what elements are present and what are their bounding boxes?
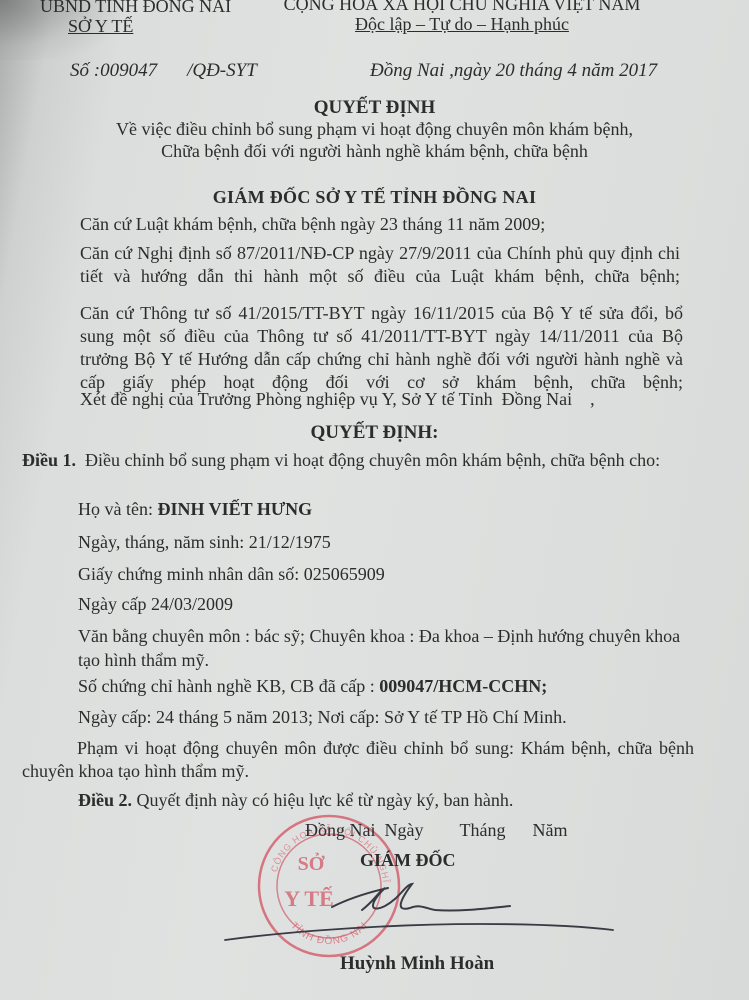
svg-text:SỞ: SỞ — [298, 852, 325, 875]
field-full-name: Họ và tên: ĐINH VIẾT HƯNG — [78, 499, 312, 520]
department-name: SỞ Y TẾ — [68, 16, 231, 36]
name-label: Họ và tên: — [78, 499, 157, 519]
subject-line-2: Chữa bệnh đối với người hành nghề khám b… — [0, 141, 749, 162]
document-title: QUYẾT ĐỊNH — [0, 97, 749, 119]
article-2-text: Quyết định này có hiệu lực kể từ ngày ký… — [132, 790, 513, 810]
document-date: Đồng Nai ,ngày 20 tháng 4 năm 2017 — [370, 60, 657, 82]
doc-number-prefix: Số :009047 — [70, 60, 157, 81]
nation-name: CỘNG HOÀ XÃ HỘI CHỦ NGHĨA VIỆT NAM — [284, 0, 641, 14]
doc-number-suffix: /QĐ-SYT — [187, 60, 257, 81]
article-2: Điều 2. Quyết định này có hiệu lực kể từ… — [78, 790, 513, 811]
license-label: Số chứng chỉ hành nghề KB, CB đã cấp : — [78, 676, 379, 696]
article-1-text: Điều chỉnh bổ sung phạm vi hoạt động chu… — [85, 450, 660, 470]
field-date-of-birth: Ngày, tháng, năm sinh: 21/12/1975 — [78, 532, 331, 553]
basis-circular: Căn cứ Thông tư số 41/2015/TT-BYT ngày 1… — [80, 302, 683, 394]
field-license-number: Số chứng chỉ hành nghề KB, CB đã cấp : 0… — [78, 676, 547, 697]
national-heading: CỘNG HOÀ XÃ HỘI CHỦ NGHĨA VIỆT NAM Độc l… — [262, 0, 662, 34]
field-id-card: Giấy chứng minh nhân dân số: 025065909 — [78, 564, 385, 585]
issuer-heading: GIÁM ĐỐC SỞ Y TẾ TỈNH ĐỒNG NAI — [0, 187, 749, 208]
license-value: 009047/HCM-CCHN; — [379, 676, 547, 696]
field-qualification: Văn bằng chuyên môn : bác sỹ; Chuyên kho… — [78, 624, 695, 672]
authority-name: UBND TỈNH ĐỒNG NAI — [40, 0, 231, 16]
article-1-label: Điều 1. — [22, 450, 76, 470]
signature-year-label: Năm — [532, 820, 567, 841]
field-license-issued: Ngày cấp: 24 tháng 5 năm 2013; Nơi cấp: … — [78, 707, 567, 728]
article-2-label: Điều 2. — [78, 790, 132, 810]
signature-place: Đồng Nai — [305, 820, 376, 841]
svg-text:Y TẾ: Y TẾ — [284, 886, 334, 911]
subject-line-1: Về việc điều chỉnh bổ sung phạm vi hoạt … — [0, 119, 749, 140]
article-1: Điều 1. Điều chỉnh bổ sung phạm vi hoạt … — [22, 449, 692, 472]
basis-decree: Căn cứ Nghị định số 87/2011/NĐ-CP ngày 2… — [80, 242, 680, 288]
field-id-issued: Ngày cấp 24/03/2009 — [78, 594, 233, 615]
national-motto: Độc lập – Tự do – Hạnh phúc — [262, 14, 662, 34]
practice-scope: Phạm vi hoạt động chuyên môn được điều c… — [22, 737, 694, 783]
signature-month-label: Tháng — [460, 820, 506, 841]
signatory-name: Huỳnh Minh Hoàn — [340, 953, 494, 975]
svg-text:TỈNH ĐỒNG NAI: TỈNH ĐỒNG NAI — [288, 920, 370, 947]
name-value: ĐINH VIẾT HƯNG — [157, 499, 312, 519]
issuing-authority: UBND TỈNH ĐỒNG NAI SỞ Y TẾ — [40, 0, 231, 36]
signatory-title: GIÁM ĐỐC — [360, 850, 456, 871]
decision-heading: QUYẾT ĐỊNH: — [0, 422, 749, 444]
handwritten-signature — [220, 880, 620, 950]
basis-proposal: Xét đề nghị của Trưởng Phòng nghiệp vụ Y… — [80, 388, 595, 411]
signature-day-label: Ngày — [385, 820, 424, 841]
document-number: Số :009047/QĐ-SYT — [70, 60, 257, 82]
signature-date-line: Đồng Nai Ngày Tháng Năm — [305, 820, 567, 841]
basis-law: Căn cứ Luật khám bệnh, chữa bệnh ngày 23… — [80, 213, 545, 236]
